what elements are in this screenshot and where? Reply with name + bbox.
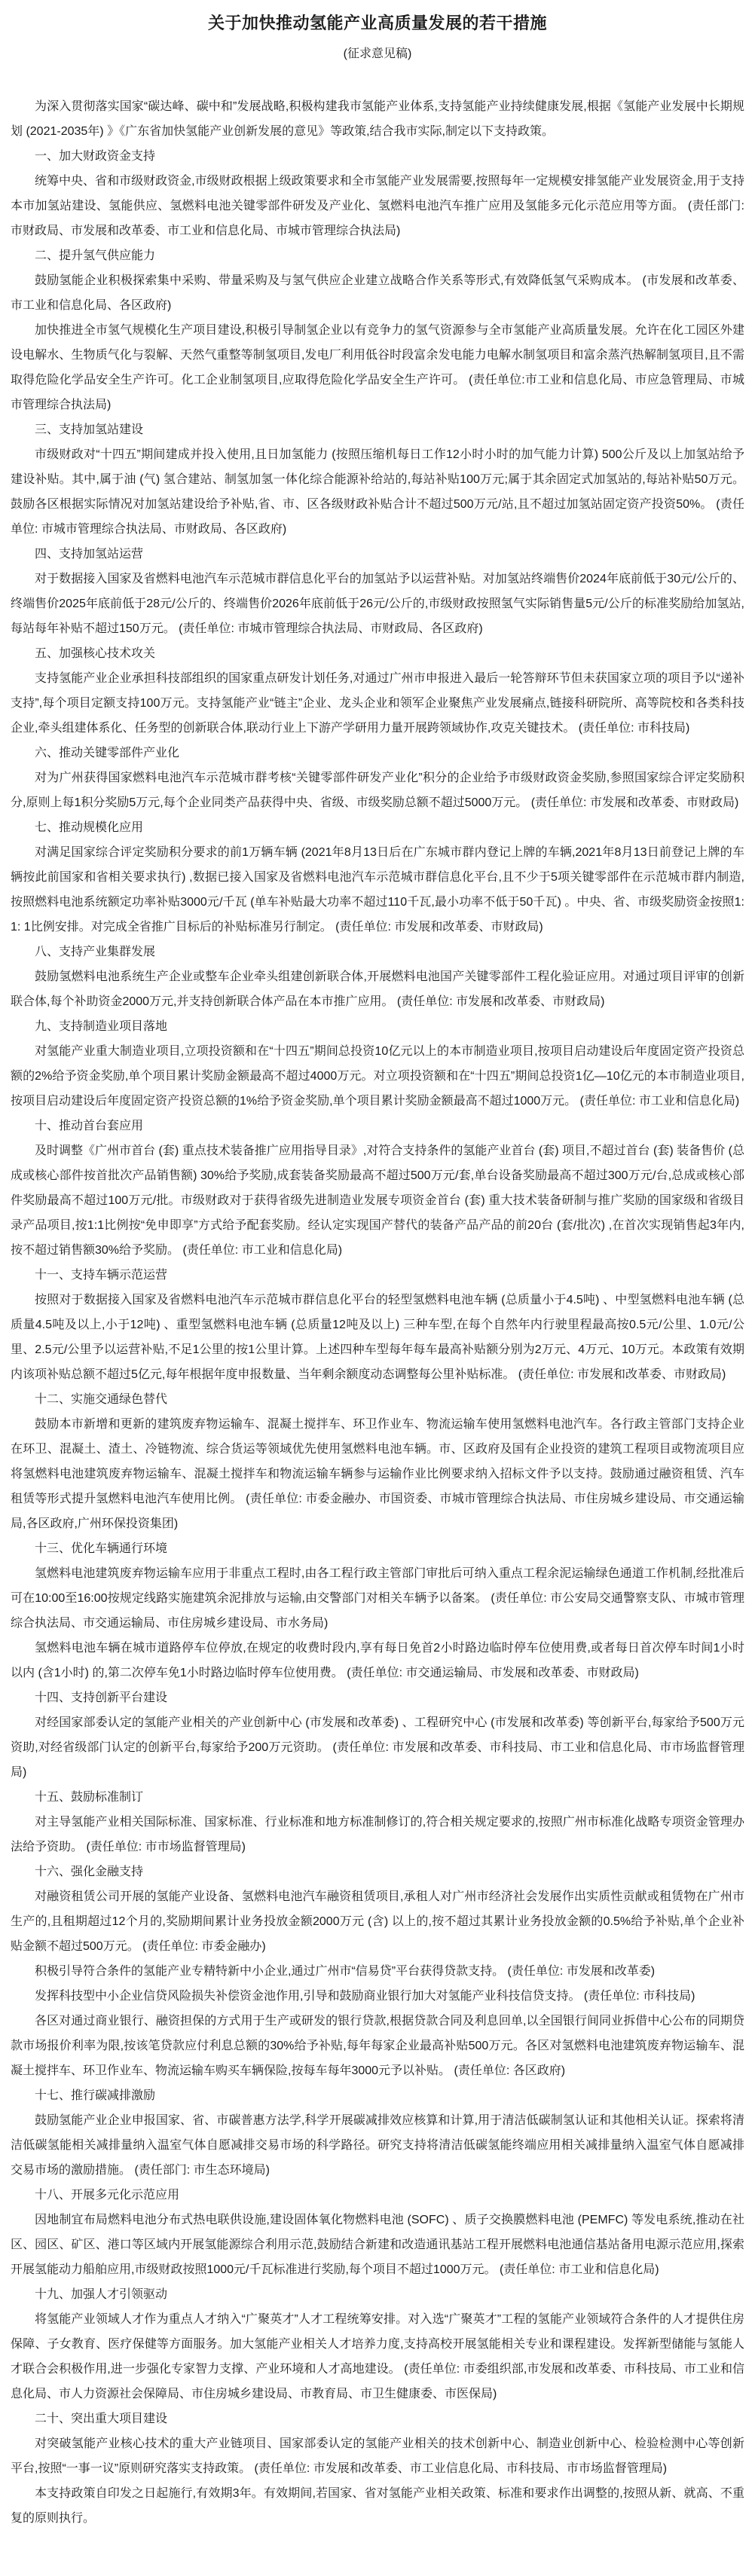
paragraph: 对经国家部委认定的氢能产业相关的产业创新中心 (市发展和改革委) 、工程研究中心… bbox=[11, 1710, 744, 1785]
section-heading: 十三、优化车辆通行环境 bbox=[11, 1536, 744, 1561]
section-heading: 十一、支持车辆示范运营 bbox=[11, 1263, 744, 1288]
section-heading: 三、支持加氢站建设 bbox=[11, 417, 744, 442]
paragraph: 及时调整《广州市首台 (套) 重点技术装备推广应用指导目录》,对符合支持条件的氢… bbox=[11, 1138, 744, 1263]
paragraph: 积极引导符合条件的氢能产业专精特新中小企业,通过广州市“信易贷”平台获得贷款支持… bbox=[11, 1959, 744, 1984]
document-title: 关于加快推动氢能产业高质量发展的若干措施 bbox=[11, 12, 744, 35]
paragraph: 各区对通过商业银行、融资担保的方式用于生产或研发的银行贷款,根据贷款合同及利息回… bbox=[11, 2009, 744, 2083]
document-body: 为深入贯彻落实国家“碳达峰、碳中和”发展战略,积极构建我市氢能产业体系,支持氢能… bbox=[11, 94, 744, 2531]
paragraph: 发挥科技型中小企业信贷风险损失补偿资金池作用,引导和鼓励商业银行加大对氢能产业科… bbox=[11, 1984, 744, 2009]
section-heading: 二、提升氢气供应能力 bbox=[11, 243, 744, 268]
paragraph: 市级财政对“十四五”期间建成并投入使用,且日加氢能力 (按照压缩机每日工作12小… bbox=[11, 442, 744, 542]
section-heading: 十七、推行碳减排激励 bbox=[11, 2083, 744, 2108]
section-heading: 十二、实施交通绿色替代 bbox=[11, 1387, 744, 1412]
paragraph: 为深入贯彻落实国家“碳达峰、碳中和”发展战略,积极构建我市氢能产业体系,支持氢能… bbox=[11, 94, 744, 144]
document-page: 关于加快推动氢能产业高质量发展的若干措施 (征求意见稿) 为深入贯彻落实国家“碳… bbox=[0, 0, 755, 2576]
section-heading: 十五、鼓励标准制订 bbox=[11, 1785, 744, 1810]
paragraph: 将氢能产业领域人才作为重点人才纳入“广聚英才”人才工程统筹安排。对入选“广聚英才… bbox=[11, 2307, 744, 2406]
section-heading: 四、支持加氢站运营 bbox=[11, 542, 744, 567]
section-heading: 八、支持产业集群发展 bbox=[11, 940, 744, 964]
paragraph: 对于数据接入国家及省燃料电池汽车示范城市群信息化平台的加氢站予以运营补贴。对加氢… bbox=[11, 567, 744, 641]
section-heading: 十八、开展多元化示范应用 bbox=[11, 2183, 744, 2208]
section-heading: 十九、加强人才引领驱动 bbox=[11, 2282, 744, 2307]
paragraph: 按照对于数据接入国家及省燃料电池汽车示范城市群信息化平台的轻型氢燃料电池车辆 (… bbox=[11, 1288, 744, 1387]
paragraph: 对满足国家综合评定奖励积分要求的前1万辆车辆 (2021年8月13日后在广东城市… bbox=[11, 840, 744, 940]
paragraph: 因地制宜布局燃料电池分布式热电联供设施,建设固体氧化物燃料电池 (SOFC) 、… bbox=[11, 2208, 744, 2282]
paragraph: 鼓励氢燃料电池系统生产企业或整车企业牵头组建创新联合体,开展燃料电池国产关键零部… bbox=[11, 964, 744, 1014]
paragraph: 对氢能产业重大制造业项目,立项投资额和在“十四五”期间总投资10亿元以上的本市制… bbox=[11, 1039, 744, 1114]
section-heading: 二十、突出重大项目建设 bbox=[11, 2406, 744, 2431]
section-heading: 十六、强化金融支持 bbox=[11, 1859, 744, 1884]
section-heading: 十、推动首台套应用 bbox=[11, 1114, 744, 1138]
paragraph: 鼓励氢能产业企业申报国家、省、市碳普惠方法学,科学开展碳减排效应核算和计算,用于… bbox=[11, 2108, 744, 2183]
section-heading: 一、加大财政资金支持 bbox=[11, 144, 744, 169]
paragraph: 对为广州获得国家燃料电池汽车示范城市群考核“关键零部件研发产业化”积分的企业给予… bbox=[11, 765, 744, 815]
paragraph: 对融资租赁公司开展的氢能产业设备、氢燃料电池汽车融资租赁项目,承租人对广州市经济… bbox=[11, 1884, 744, 1959]
paragraph: 鼓励氢能企业积极探索集中采购、带量采购及与氢气供应企业建立战略合作关系等形式,有… bbox=[11, 268, 744, 318]
paragraph: 对主导氢能产业相关国际标准、国家标准、行业标准和地方标准制修订的,符合相关规定要… bbox=[11, 1810, 744, 1859]
section-heading: 五、加强核心技术攻关 bbox=[11, 641, 744, 666]
section-heading: 七、推动规模化应用 bbox=[11, 815, 744, 840]
paragraph: 支持氢能产业企业承担科技部组织的国家重点研发计划任务,对通过广州市申报进入最后一… bbox=[11, 666, 744, 741]
paragraph: 对突破氢能产业核心技术的重大产业链项目、国家部委认定的氢能产业相关的技术创新中心… bbox=[11, 2431, 744, 2481]
paragraph: 加快推进全市氢气规模化生产项目建设,积极引导制氢企业以有竞争力的氢气资源参与全市… bbox=[11, 318, 744, 417]
section-heading: 六、推动关键零部件产业化 bbox=[11, 741, 744, 765]
paragraph: 鼓励本市新增和更新的建筑废弃物运输车、混凝土搅拌车、环卫作业车、物流运输车使用氢… bbox=[11, 1412, 744, 1536]
document-subtitle: (征求意见稿) bbox=[11, 46, 744, 63]
section-heading: 九、支持制造业项目落地 bbox=[11, 1014, 744, 1039]
paragraph: 氢燃料电池车辆在城市道路停车位停放,在规定的收费时段内,享有每日免首2小时路边临… bbox=[11, 1636, 744, 1685]
section-heading: 十四、支持创新平台建设 bbox=[11, 1685, 744, 1710]
paragraph: 统筹中央、省和市级财政资金,市级财政根据上级政策要求和全市氢能产业发展需要,按照… bbox=[11, 169, 744, 243]
paragraph: 氢燃料电池建筑废弃物运输车应用于非重点工程时,由各工程行政主管部门审批后可纳入重… bbox=[11, 1561, 744, 1636]
paragraph: 本支持政策自印发之日起施行,有效期3年。有效期间,若国家、省对氢能产业相关政策、… bbox=[11, 2481, 744, 2531]
